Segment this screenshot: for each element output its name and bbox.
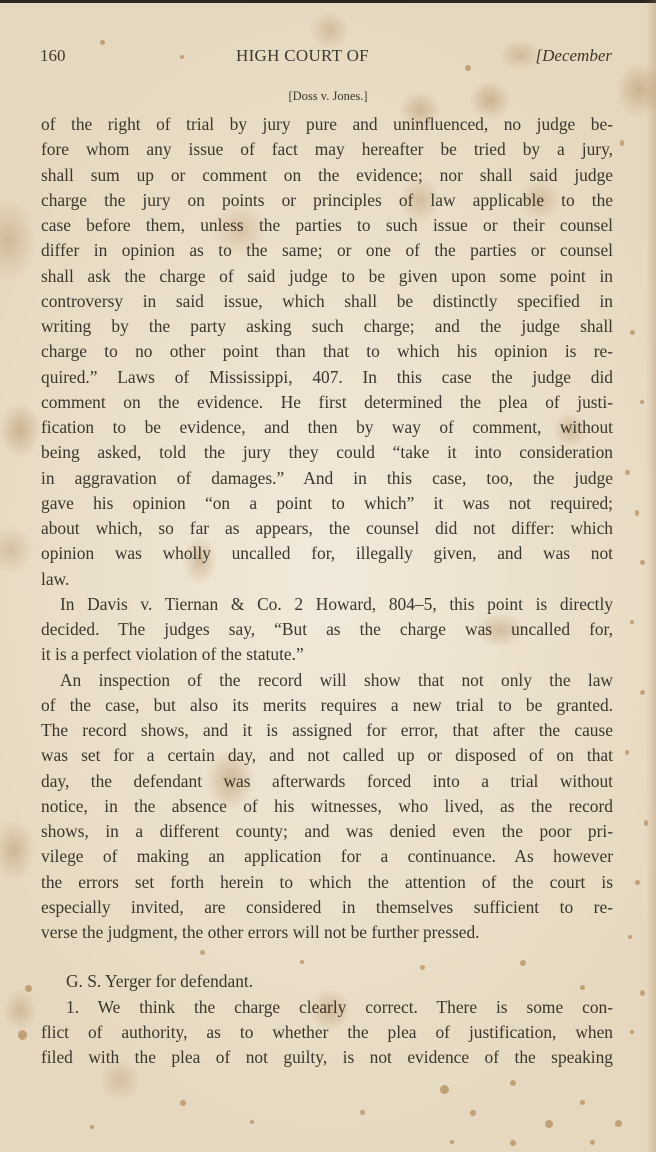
page-header: 160 HIGH COURT OF [December — [40, 46, 612, 70]
text-line: quired.” Laws of Mississippi, 407. In th… — [41, 365, 613, 390]
paragraph: of the right of trial by jury pure and u… — [41, 112, 613, 592]
header-month: [December — [536, 46, 612, 66]
text-line: In Davis v. Tiernan & Co. 2 Howard, 804–… — [41, 592, 613, 617]
text-line: gave his opinion “on a point to which” i… — [41, 491, 613, 516]
text-line: in aggravation of damages.” And in this … — [41, 466, 613, 491]
page-gutter-shadow — [646, 0, 656, 1152]
text-line: it is a perfect violation of the statute… — [41, 642, 613, 667]
text-line: notice, in the absence of his witnesses,… — [41, 794, 613, 819]
scanned-page: 160 HIGH COURT OF [December [Doss v. Jon… — [0, 0, 656, 1152]
text-line: verse the judgment, the other errors wil… — [41, 920, 613, 945]
paragraph-spacer — [41, 945, 613, 969]
text-line: decided. The judges say, “But as the cha… — [41, 617, 613, 642]
text-line: law. — [41, 567, 613, 592]
text-line: shall sum up or comment on the evidence;… — [41, 163, 613, 188]
body-text: of the right of trial by jury pure and u… — [41, 112, 613, 1070]
paragraph: In Davis v. Tiernan & Co. 2 Howard, 804–… — [41, 592, 613, 668]
text-line: vilege of making an application for a co… — [41, 844, 613, 869]
scan-edge — [0, 0, 656, 3]
paragraph: An inspection of the record will show th… — [41, 668, 613, 946]
text-line: opinion was wholly uncalled for, illegal… — [41, 541, 613, 566]
text-line: controversy in said issue, which shall b… — [41, 289, 613, 314]
paragraph: 1. We think the charge clearly correct. … — [41, 995, 613, 1071]
header-title: HIGH COURT OF — [236, 46, 369, 66]
text-line: of the case, but also its merits require… — [41, 693, 613, 718]
text-line: the errors set forth herein to which the… — [41, 870, 613, 895]
text-line: flict of authority, as to whether the pl… — [41, 1020, 613, 1045]
text-line: day, the defendant was afterwards forced… — [41, 769, 613, 794]
text-line: especially invited, are considered in th… — [41, 895, 613, 920]
text-line: filed with the plea of not guilty, is no… — [41, 1045, 613, 1070]
text-line: shows, in a different county; and was de… — [41, 819, 613, 844]
text-line: about which, so far as appears, the coun… — [41, 516, 613, 541]
text-line: G. S. Yerger for defendant. — [41, 969, 613, 994]
text-line: differ in opinion as to the same; or one… — [41, 238, 613, 263]
text-line: writing by the party asking such charge;… — [41, 314, 613, 339]
counsel-line: G. S. Yerger for defendant. — [41, 969, 613, 994]
page-number: 160 — [40, 46, 66, 66]
text-line: fication to be evidence, and then by way… — [41, 415, 613, 440]
text-line: comment on the evidence. He first determ… — [41, 390, 613, 415]
text-line: being asked, told the jury they could “t… — [41, 440, 613, 465]
text-line: charge the jury on points or principles … — [41, 188, 613, 213]
text-line: The record shows, and it is assigned for… — [41, 718, 613, 743]
text-line: 1. We think the charge clearly correct. … — [41, 995, 613, 1020]
text-line: case before them, unless the parties to … — [41, 213, 613, 238]
text-line: fore whom any issue of fact may hereafte… — [41, 137, 613, 162]
text-line: of the right of trial by jury pure and u… — [41, 112, 613, 137]
text-line: shall ask the charge of said judge to be… — [41, 264, 613, 289]
text-line: was set for a certain day, and not calle… — [41, 743, 613, 768]
case-running-head: [Doss v. Jones.] — [0, 89, 656, 104]
text-line: charge to no other point than that to wh… — [41, 339, 613, 364]
text-line: An inspection of the record will show th… — [41, 668, 613, 693]
